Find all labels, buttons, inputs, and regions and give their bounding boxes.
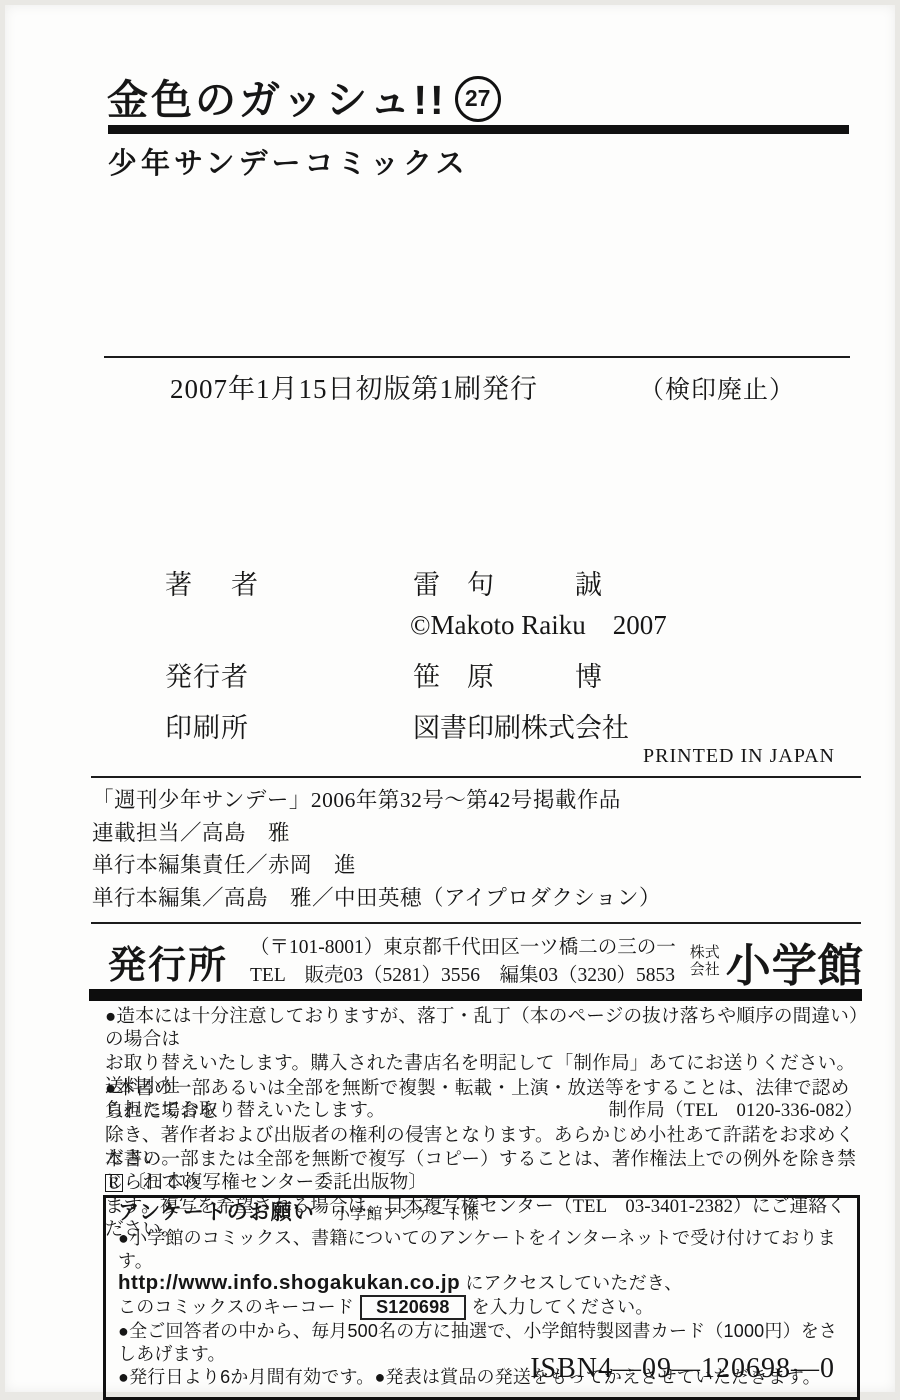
colophon-scan: { "header": { "title": "金色のガッシュ!!", "vol… [0, 0, 900, 1400]
printer-value: 図書印刷株式会社 [413, 706, 629, 745]
survey-subheading: 小学館アンケート係 [334, 1206, 479, 1223]
serial-line: 単行本編集／高島 雅／中田英穂（アイプロダクション） [92, 882, 661, 915]
publisher-divider-bar [89, 989, 862, 1001]
company-name: 小学館 [726, 929, 864, 994]
comics-keycode: S120698 [360, 1295, 465, 1320]
serial-line: 「週刊少年サンデー」2006年第32号～第42号掲載作品 [92, 784, 661, 817]
survey-heading: アンケートのお願い [118, 1201, 315, 1224]
publisher-address-line1: （〒101-8001）東京都千代田区一ツ橋二の三の一 [250, 934, 676, 962]
survey-line: ●小学館のコミックス、書籍についてのアンケートをインターネットで受け付けておりま… [118, 1227, 847, 1273]
publisher-address: （〒101-8001）東京都千代田区一ツ橋二の三の一 TEL 販売03（5281… [250, 934, 676, 990]
colophon-page: 金色のガッシュ!! 27 少年サンデーコミックス 2007年1月15日初版第1刷… [5, 5, 895, 1392]
author-value: 雷 句 誠 [413, 563, 602, 602]
volume-badge: 27 [455, 76, 501, 122]
serial-divider-bottom [91, 922, 861, 924]
page-title: 金色のガッシュ!! 27 [107, 67, 501, 126]
printer-label: 印刷所 [165, 706, 249, 745]
author-label: 著 者 [165, 563, 264, 602]
serial-line: 単行本編集責任／赤岡 進 [92, 849, 661, 882]
publisher-label: 発行所 [108, 934, 228, 989]
edition-divider [104, 356, 850, 358]
book-title-text: 金色のガッシュ!! [107, 67, 447, 126]
edition-line: 2007年1月15日初版第1刷発行 （検印廃止） [170, 367, 795, 406]
printed-in-japan: PRINTED IN JAPAN [643, 745, 835, 768]
publisher-block: 発行所 （〒101-8001）東京都千代田区一ツ橋二の三の一 TEL 販売03（… [108, 929, 864, 994]
serial-divider-top [91, 776, 861, 778]
series-title: 少年サンデーコミックス [108, 141, 469, 182]
survey-url: http://www.info.shogakukan.co.jp [118, 1271, 460, 1294]
isbn-number: ISBN4—09—120698—0 [530, 1353, 835, 1385]
copyright-line: ©Makoto Raiku 2007 [410, 603, 667, 642]
serial-line: 連載担当／高島 雅 [92, 817, 661, 850]
stamp-note: （検印廃止） [639, 370, 795, 406]
publisher-phone-line: TEL 販売03（5281）3556 編集03（3230）5853 [250, 962, 676, 990]
title-divider [108, 125, 849, 134]
print-info: 2007年1月15日初版第1刷発行 [170, 367, 538, 406]
serial-info-block: 「週刊少年サンデー」2006年第32号～第42号掲載作品 連載担当／高島 雅 単… [92, 784, 661, 914]
company-type: 株式 会社 [690, 945, 720, 979]
publisher-person-label: 発行者 [165, 655, 249, 694]
publisher-person-value: 笹 原 博 [413, 655, 602, 694]
